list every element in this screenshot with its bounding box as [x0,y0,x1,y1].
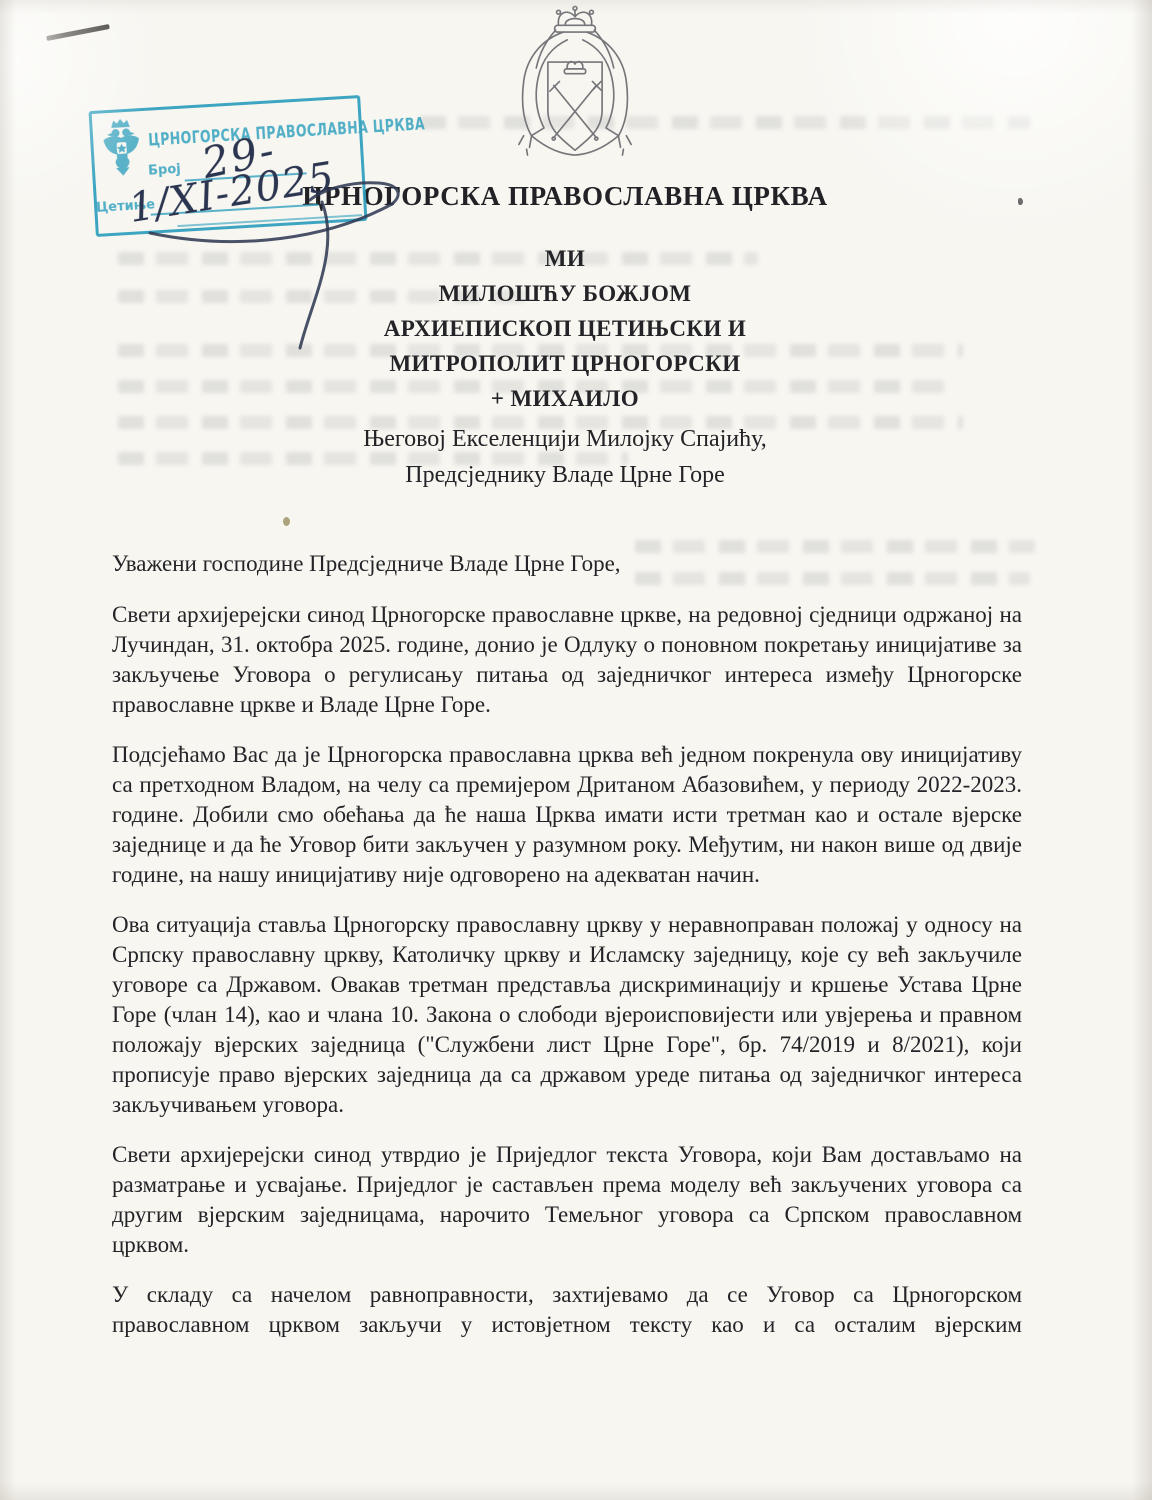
paragraph: Подсјећамо Вас да је Црногорска правосла… [112,740,1022,890]
church-coat-of-arms-icon [486,4,664,188]
proclamation-line: АРХИЕПИСКОП ЦЕТИЊСКИ И [0,311,1130,346]
paragraph: Свети архијерејски синод утврдио је Приј… [112,1140,1022,1260]
proclamation-line: МИЛОШЋУ БОЖЈОМ [0,276,1130,311]
paragraph: У складу са начелом равноправности, захт… [112,1280,1022,1340]
stamp-number-label: Број [148,162,181,179]
ink-speck [1018,198,1023,205]
double-eagle-crest-icon [96,117,148,184]
recipient-block: Његовој Екселенцији Милојку Спајићу, Пре… [0,421,1130,493]
salutation: Уважени господине Предсједниче Владе Црн… [112,549,1022,579]
letter-body: Уважени господине Предсједниче Владе Црн… [112,549,1022,1360]
paragraph: Ова ситуација ставља Црногорску правосла… [112,910,1022,1120]
recipient-line: Његовој Екселенцији Милојку Спајићу, [0,421,1130,457]
proclamation-line: + МИХАИЛО [0,381,1130,416]
proclamation-line: МИ [0,241,1130,276]
staple-mark [46,24,110,41]
proclamation-line: МИТРОПОЛИТ ЦРНОГОРСКИ [0,346,1130,381]
recipient-line: Предсједнику Владе Црне Горе [0,457,1130,493]
paragraph: Свети архијерејски синод Црногорске прав… [112,600,1022,720]
proclamation-block: МИ МИЛОШЋУ БОЖЈОМ АРХИЕПИСКОП ЦЕТИЊСКИ И… [0,241,1130,416]
scanned-letter-page: ЦРНОГОРСКА ПРАВОСЛАВНА ЦРКВА МИ МИЛОШЋУ … [0,0,1152,1500]
ink-speck [283,517,290,526]
